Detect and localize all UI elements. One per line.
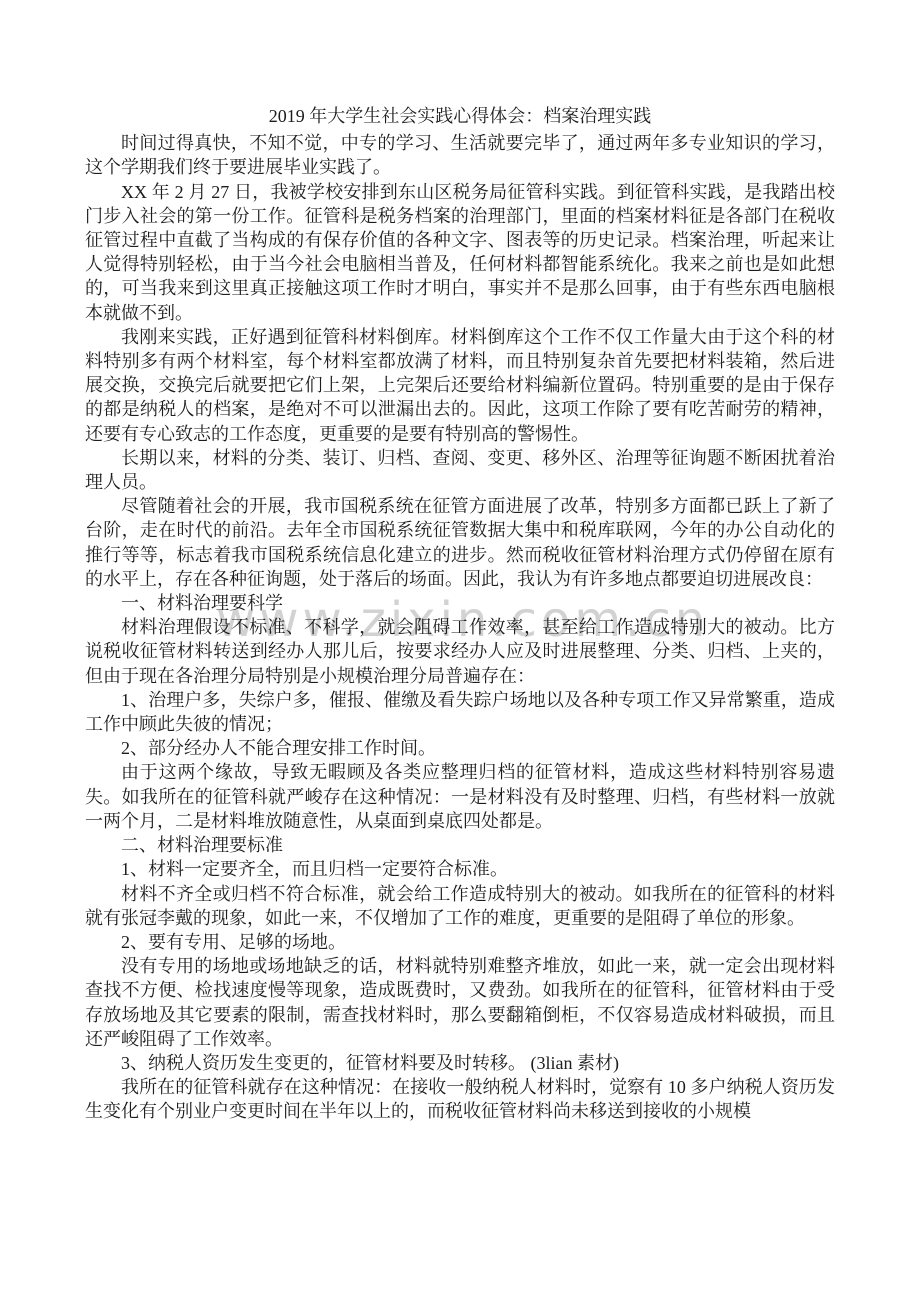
paragraph: 材料治理假设不标准、不科学，就会阻碍工作效率，甚至给工作造成特别大的被动。比方说… [85,615,835,688]
paragraph-list-item: 1、治理户多，失综户多，催报、催缴及看失踪户场地以及各种专项工作又异常繁重，造成… [85,688,835,736]
paragraph: 材料不齐全或归档不符合标准，就会给工作造成特别大的被动。如我所在的征管科的材料就… [85,882,835,930]
paragraph: 我所在的征管科就存在这种情况：在接收一般纳税人材料时，觉察有 10 多户纳税人资… [85,1075,835,1123]
document-page: www.zixin.com.cn 2019 年大学生社会实践心得体会：档案治理实… [0,0,920,1302]
paragraph: 我刚来实践，正好遇到征管科材料倒库。材料倒库这个工作不仅工作量大由于这个科的材料… [85,325,835,446]
paragraph: XX 年 2 月 27 日，我被学校安排到东山区税务局征管科实践。到征管科实践，… [85,180,835,325]
paragraph-list-item: 2、要有专用、足够的场地。 [85,930,835,954]
paragraph: 没有专用的场地或场地缺乏的话，材料就特别难整齐堆放，如此一来，就一定会出现材料查… [85,954,835,1051]
paragraph: 时间过得真快，不知不觉，中专的学习、生活就要完毕了，通过两年多专业知识的学习，这… [85,131,835,179]
paragraph-heading: 二、材料治理要标准 [85,833,835,857]
document-content: 2019 年大学生社会实践心得体会：档案治理实践 时间过得真快，不知不觉，中专的… [85,104,835,1124]
paragraph-list-item: 3、纳税人资历发生变更的，征管材料要及时转移。 (3lian 素材) [85,1051,835,1075]
paragraph-heading: 一、材料治理要科学 [85,591,835,615]
paragraph: 尽管随着社会的开展，我市国税系统在征管方面进展了改革，特别多方面都已跃上了新了台… [85,494,835,591]
paragraph-list-item: 2、部分经办人不能合理安排工作时间。 [85,736,835,760]
paragraph: 长期以来，材料的分类、装订、归档、查阅、变更、移外区、治理等征询题不断困扰着治理… [85,446,835,494]
paragraph: 由于这两个缘故，导致无暇顾及各类应整理归档的征管材料，造成这些材料特别容易遗失。… [85,760,835,833]
paragraph-list-item: 1、材料一定要齐全，而且归档一定要符合标准。 [85,857,835,881]
document-title: 2019 年大学生社会实践心得体会：档案治理实践 [85,104,835,128]
